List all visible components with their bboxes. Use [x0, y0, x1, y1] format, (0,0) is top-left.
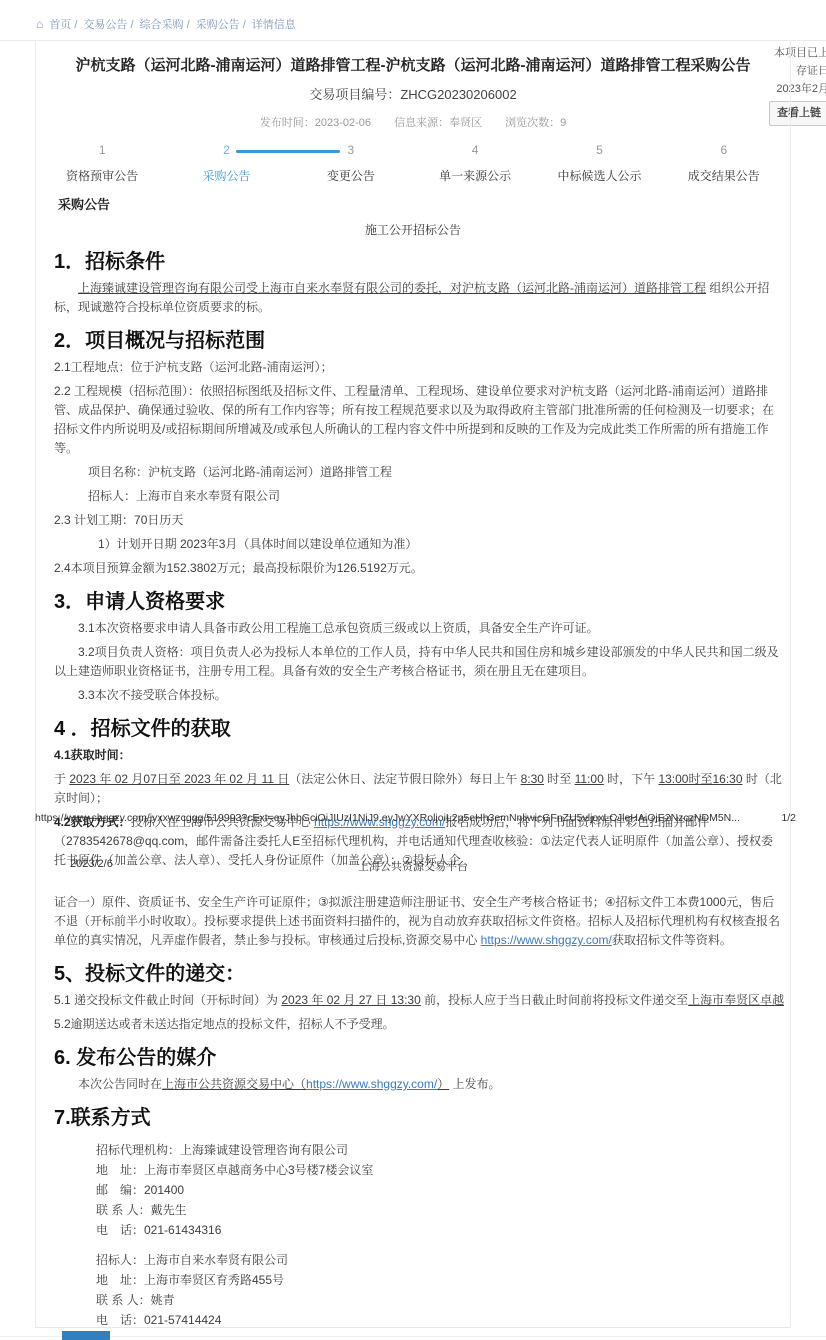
publish-time: 发布时间：2023-02-06 [260, 117, 371, 129]
section-3-heading: 3．申请人资格要求 [54, 590, 782, 614]
tab-procurement-notice: 采购公告 [58, 194, 790, 213]
breadcrumb-item-detail[interactable]: 详情信息 [252, 19, 296, 31]
qualification-3-3: 3.3本次不接受联合体投标。 [54, 686, 784, 705]
section-4-heading: 4 ．招标文件的获取 [54, 717, 782, 741]
agency-contact-block: 招标代理机构：上海臻诚建设管理咨询有限公司 地 址：上海市奉贤区卓越商务中心3号… [36, 1140, 790, 1240]
step-candidate-publicity[interactable]: 5 中标候选人公示 [537, 143, 661, 184]
agency-phone: 电 话：021-61434316 [96, 1220, 790, 1240]
print-header-date: 2023/2/6 [70, 858, 113, 870]
tenderee-phone: 电 话：021-57414424 [96, 1310, 790, 1330]
qualification-3-2: 3.2项目负责人资格：项目负责人必为投标人本单位的工作人员，持有中华人民共和国住… [54, 643, 784, 681]
project-location: 2.1工程地点：位于沪杭支路（运河北路-浦南运河）； [54, 358, 784, 377]
submission-text: 前，投标人应于当日截止时间前将投标文件递交至 [421, 993, 688, 1007]
announcement-media: 本次公告同时在上海市公共资源交易中心（https://www.shggzy.co… [54, 1075, 784, 1094]
qualification-3-1: 3.1本次资格要求申请人具备市政公用工程施工总承包资质三级或以上资质，具备安全生… [54, 619, 784, 638]
submission-text: 5.1 递交投标文件截止时间（开标时间）为 [54, 993, 281, 1007]
obtain-time-text: 时，下午 [604, 772, 659, 786]
breadcrumb-separator: / [187, 19, 190, 31]
step-label: 资格预审公告 [40, 167, 164, 184]
breadcrumb-separator: / [243, 19, 246, 31]
media-paren: ） [437, 1077, 449, 1091]
step-number: 4 [413, 143, 537, 157]
breadcrumb: ⌂ 首页/ 交易公告/ 综合采购/ 采购公告/ 详情信息 [36, 16, 296, 32]
project-scale: 2.2 工程规模（招标范围）：依照招标图纸及招标文件、工程量清单、工程现场、建设… [54, 382, 784, 458]
page-1-content: 沪杭支路（运河北路-浦南运河）道路排管工程-沪杭支路（运河北路-浦南运河）道路排… [36, 40, 790, 870]
step-indicator: 1 资格预审公告 2 采购公告 3 变更公告 4 单一来源公示 5 中标候选人公… [36, 143, 790, 184]
obtain-time-am-start: 8:30 [521, 772, 544, 786]
deadline-datetime: 2023 年 02 月 27 日 13:30 [281, 993, 420, 1007]
project-name-line: 项目名称：沪杭支路（运河北路-浦南运河）道路排管工程 [54, 463, 784, 482]
obtain-time-text: 于 [54, 772, 69, 786]
media-text: 上发布。 [449, 1077, 500, 1091]
contact-block-gap [36, 1240, 790, 1250]
print-footer-url: https://www.shggzy.com/jyxxwzcggg/519993… [35, 812, 767, 824]
submission-deadline: 5.1 递交投标文件截止时间（开标时间）为 2023 年 02 月 27 日 1… [54, 991, 784, 1010]
submission-location: 上海市奉贤区卓越商务中心3号楼7楼会议室。 [688, 993, 784, 1007]
tenderee-contact-person: 联 系 人：姚青 [96, 1290, 790, 1310]
breadcrumb-separator: / [74, 19, 77, 31]
obtain-time-text: （法定公休日、法定节假日除外）每日上午 [289, 772, 520, 786]
section-1-heading: 1．招标条件 [54, 250, 782, 274]
step-number: 5 [537, 143, 661, 157]
bottom-blue-bar [62, 1331, 110, 1340]
agency-name: 招标代理机构：上海臻诚建设管理咨询有限公司 [96, 1140, 790, 1160]
step-prequalification-notice[interactable]: 1 资格预审公告 [40, 143, 164, 184]
planned-duration: 2.3 计划工期：70日历天 [54, 511, 784, 530]
step-result-notice[interactable]: 6 成交结果公告 [662, 143, 786, 184]
construction-notice-title: 施工公开招标公告 [36, 221, 790, 238]
step-label: 单一来源公示 [413, 167, 537, 184]
section-1-paragraph: 上海臻诚建设管理咨询有限公司受上海市自来水奉贤有限公司的委托，对沪杭支路（运河北… [54, 279, 784, 317]
tenderee-contact-block: 招标人：上海市自来水奉贤有限公司 地 址：上海市奉贤区育秀路455号 联 系 人… [36, 1250, 790, 1330]
meta-row: 发布时间：2023-02-06 信息来源：奉贤区 浏览次数：9 [36, 114, 790, 130]
print-page-number: 1/2 [781, 812, 796, 824]
section-6-heading: 6. 发布公告的媒介 [54, 1046, 782, 1070]
breadcrumb-separator: / [130, 19, 133, 31]
obtain-time-pm-range: 13:00时至16:30 [658, 772, 742, 786]
page-2-content: 证合一）原件、资质证书、安全生产许可证原件；③拟派注册建造师注册证书、安全生产考… [36, 888, 790, 1330]
shggzy-link[interactable]: https://www.shggzy.com/ [306, 1077, 437, 1091]
step-label: 中标候选人公示 [537, 167, 661, 184]
step-number: 6 [662, 143, 786, 157]
page-1-print-footer: https://www.shggzy.com/jyxxwzcggg/519993… [35, 812, 796, 824]
bottom-divider [0, 1336, 826, 1337]
step-label: 成交结果公告 [662, 167, 786, 184]
planned-start-date: 1）计划开日期 2023年3月（具体时间以建设单位通知为准） [54, 535, 784, 554]
tenderee-address: 地 址：上海市奉贤区育秀路455号 [96, 1270, 790, 1290]
continuation-text: 获取招标文件等资料。 [612, 933, 732, 947]
section-7-heading: 7.联系方式 [54, 1106, 782, 1130]
home-icon: ⌂ [36, 17, 43, 31]
obtain-time-paragraph: 于 2023 年 02 月07日至 2023 年 02 月 11 日（法定公休日… [54, 770, 784, 808]
section-5-heading: 5、投标文件的递交： [54, 962, 782, 986]
project-number: 交易项目编号：ZHCG20230206002 [36, 84, 790, 103]
budget-line: 2.4本项目预算金额为152.3802万元；最高投标限价为126.5192万元。 [54, 559, 784, 578]
obtain-time-label: 4.1获取时间： [54, 746, 784, 765]
step-single-source[interactable]: 4 单一来源公示 [413, 143, 537, 184]
agency-contact-person: 联 系 人：戴先生 [96, 1200, 790, 1220]
breadcrumb-item-comprehensive-procurement[interactable]: 综合采购 [140, 19, 184, 31]
section-2-heading: 2．项目概况与招标范围 [54, 329, 782, 353]
breadcrumb-item-trade-notices[interactable]: 交易公告 [83, 19, 127, 31]
page-title: 沪杭支路（运河北路-浦南运河）道路排管工程-沪杭支路（运河北路-浦南运河）道路排… [36, 54, 790, 75]
tenderee-line: 招标人：上海市自来水奉贤有限公司 [54, 487, 784, 506]
step-number: 1 [40, 143, 164, 157]
step-connector-active [236, 150, 340, 153]
info-source: 信息来源：奉贤区 [394, 117, 482, 129]
shggzy-link[interactable]: https://www.shggzy.com/ [481, 933, 612, 947]
obtain-time-text: 时至 [544, 772, 575, 786]
main-content-card: 沪杭支路（运河北路-浦南运河）道路排管工程-沪杭支路（运河北路-浦南运河）道路排… [35, 40, 791, 1328]
media-text: 本次公告同时在 [78, 1077, 162, 1091]
obtain-way-continuation: 证合一）原件、资质证书、安全生产许可证原件；③拟派注册建造师注册证书、安全生产考… [54, 893, 784, 950]
step-label: 变更公告 [289, 167, 413, 184]
view-count: 浏览次数：9 [505, 117, 566, 129]
print-header-site-title: 上海公共资源交易平台 [0, 858, 826, 874]
agency-postcode: 邮 编：201400 [96, 1180, 790, 1200]
agency-address: 地 址：上海市奉贤区卓越商务中心3号楼7楼会议室 [96, 1160, 790, 1180]
late-submission-rule: 5.2逾期送达或者未送达指定地点的投标文件，招标人不予受理。 [54, 1015, 784, 1034]
breadcrumb-item-home[interactable]: 首页 [49, 19, 71, 31]
obtain-time-am-end: 11:00 [575, 772, 604, 786]
tenderee-name: 招标人：上海市自来水奉贤有限公司 [96, 1250, 790, 1270]
step-label: 采购公告 [164, 167, 288, 184]
obtain-date-range: 2023 年 02 月07日至 2023 年 02 月 11 日 [69, 772, 289, 786]
breadcrumb-item-procurement-notice[interactable]: 采购公告 [196, 19, 240, 31]
tender-condition-underlined: 上海臻诚建设管理咨询有限公司受上海市自来水奉贤有限公司的委托，对沪杭支路（运河北… [78, 281, 706, 295]
media-center-name: 上海市公共资源交易中心（ [162, 1077, 306, 1091]
